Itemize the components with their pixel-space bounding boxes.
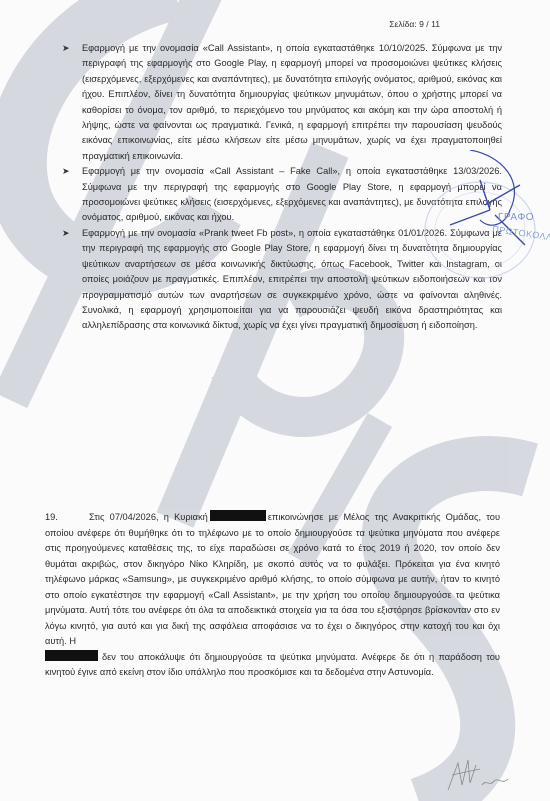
document-page: Σελίδα: 9 / 11 ➤ Εφαρμογή με την ονομασί… <box>0 0 550 801</box>
redaction-box <box>45 650 98 661</box>
paragraph-19: 19.Στις 07/04/2026, η Κυριακήεπικοινώνησ… <box>45 510 500 681</box>
paragraph-text-part-3: δεν του αποκάλυψε ότι δημιουργούσε τα ψε… <box>45 652 500 678</box>
app-list: ➤ Εφαρμογή με την ονομασία «Call Assista… <box>62 41 502 334</box>
arrow-bullet-icon: ➤ <box>62 164 70 179</box>
list-item-text: Εφαρμογή με την ονομασία «Call Assistant… <box>82 166 502 222</box>
paragraph-text-part-2: επικοινώνησε με Μέλος της Ανακριτικής Ομ… <box>45 512 500 646</box>
redaction-box <box>210 510 266 521</box>
page-number: Σελίδα: 9 / 11 <box>389 19 440 29</box>
list-item-call-assistant-fake-call: ➤ Εφαρμογή με την ονομασία «Call Assista… <box>62 164 502 226</box>
arrow-bullet-icon: ➤ <box>62 226 70 241</box>
list-item-call-assistant: ➤ Εφαρμογή με την ονομασία «Call Assista… <box>62 41 502 164</box>
paragraph-text-part-1: Στις 07/04/2026, η Κυριακή <box>89 512 208 522</box>
arrow-bullet-icon: ➤ <box>62 41 70 56</box>
list-item-text: Εφαρμογή με την ονομασία «Prank tweet Fb… <box>82 228 502 330</box>
list-item-prank-tweet-fb-post: ➤ Εφαρμογή με την ονομασία «Prank tweet … <box>62 226 502 334</box>
paragraph-number: 19. <box>45 510 89 526</box>
list-item-text: Εφαρμογή με την ονομασία «Call Assistant… <box>82 43 502 161</box>
